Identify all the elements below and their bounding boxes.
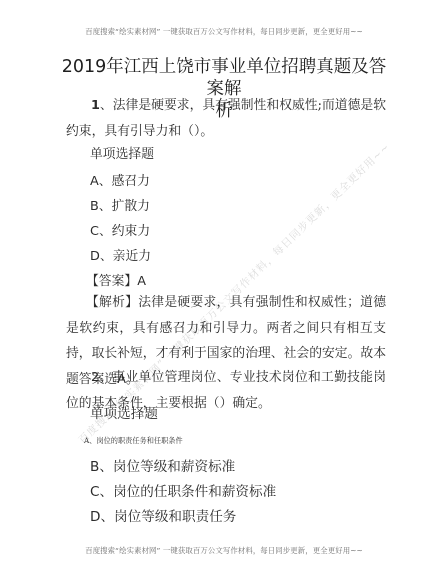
question-2-option-c: C、岗位的任职条件和薪资标准 — [90, 483, 276, 501]
question-1-number: 1 — [91, 98, 100, 113]
header-note: 百度搜索“绘实素材网” 一键获取百万公文写作材料，每日同步更新，更全更好用~~ — [0, 26, 448, 37]
question-1-option-d: D、亲近力 — [90, 248, 151, 266]
question-1-option-a: A、感召力 — [90, 173, 150, 191]
question-2-type: 单项选择题 — [90, 405, 158, 423]
question-2-option-a: A、岗位的职责任务和任职条件 — [84, 436, 183, 446]
analysis-label: 【解析】 — [86, 295, 138, 310]
answer-value: A — [137, 274, 146, 289]
question-2-option-d: D、岗位等级和职责任务 — [90, 508, 236, 526]
question-1-text: 、法律是硬要求，具有强制性和权威性;而道德是软约束，具有引导力和（）。 — [66, 98, 386, 139]
question-1-stem: 1、法律是硬要求，具有强制性和权威性;而道德是软约束，具有引导力和（）。 — [66, 93, 386, 144]
question-2-number: 2 — [91, 370, 99, 385]
question-1-type: 单项选择题 — [90, 146, 154, 164]
question-2-option-b: B、岗位等级和薪资标准 — [90, 458, 235, 476]
question-1-option-b: B、扩散力 — [90, 198, 150, 216]
question-1-answer: 【答案】A — [86, 273, 146, 291]
answer-label: 【答案】 — [86, 274, 137, 289]
footer-note: 百度搜索“绘实素材网” 一键获取百万公文写作材料，每日同步更新，更全更好用~~ — [0, 545, 448, 556]
question-1-option-c: C、约束力 — [90, 223, 150, 241]
